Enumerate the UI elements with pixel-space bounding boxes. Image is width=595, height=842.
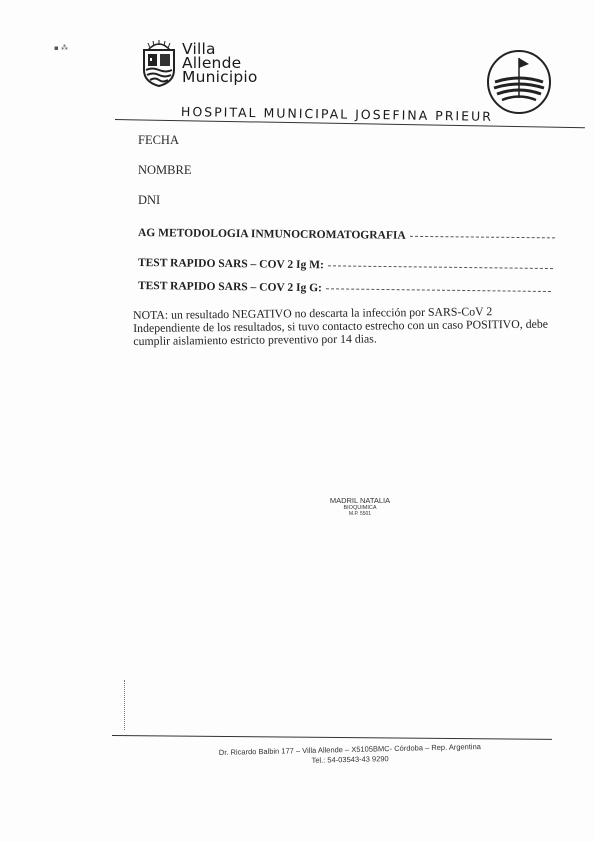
municipality-brand: Villa Allende Municipio [182, 42, 258, 84]
igg-result-blank [326, 288, 551, 292]
antigen-result-label: AG METODOLOGIA INMUNOCROMATOGRAFIA [138, 227, 406, 242]
scan-speck: ▪ ⁂ [54, 44, 68, 52]
fecha-label: FECHA [138, 133, 179, 148]
note-line-3: cumplir aislamiento estricto preventivo … [133, 330, 563, 348]
antigen-result-row: AG METODOLOGIA INMUNOCROMATOGRAFIA [138, 227, 555, 243]
hospital-flag-waves-emblem-icon [485, 48, 553, 116]
igg-result-row: TEST RAPIDO SARS – COV 2 Ig G: [138, 280, 551, 297]
igg-result-label: TEST RAPIDO SARS – COV 2 Ig G: [138, 280, 322, 294]
brand-line-3: Municipio [182, 70, 258, 84]
igm-result-blank [328, 265, 553, 269]
footer-contact: Dr. Ricardo Balbin 177 – Villa Allende –… [185, 741, 515, 768]
igm-result-row: TEST RAPIDO SARS – COV 2 Ig M: [138, 257, 553, 274]
antigen-result-blank [410, 236, 555, 239]
municipal-coat-of-arms-icon [140, 40, 178, 88]
footer-divider [112, 735, 552, 740]
igm-result-label: TEST RAPIDO SARS – COV 2 Ig M: [138, 257, 324, 271]
dni-label: DNI [138, 193, 160, 208]
document-page: ▪ ⁂ Villa Allende Municipio HOSPITAL MUN… [0, 0, 595, 842]
disclaimer-note: NOTA: un resultado NEGATIVO no descarta … [133, 304, 563, 348]
signer-license: M.P. 5501 [315, 511, 405, 517]
signature-stamp: MADRIL NATALIA BIOQUIMICA M.P. 5501 [315, 496, 405, 517]
scan-margin-mark [124, 680, 128, 730]
signer-name: MADRIL NATALIA [315, 496, 405, 505]
nombre-label: NOMBRE [138, 163, 191, 178]
